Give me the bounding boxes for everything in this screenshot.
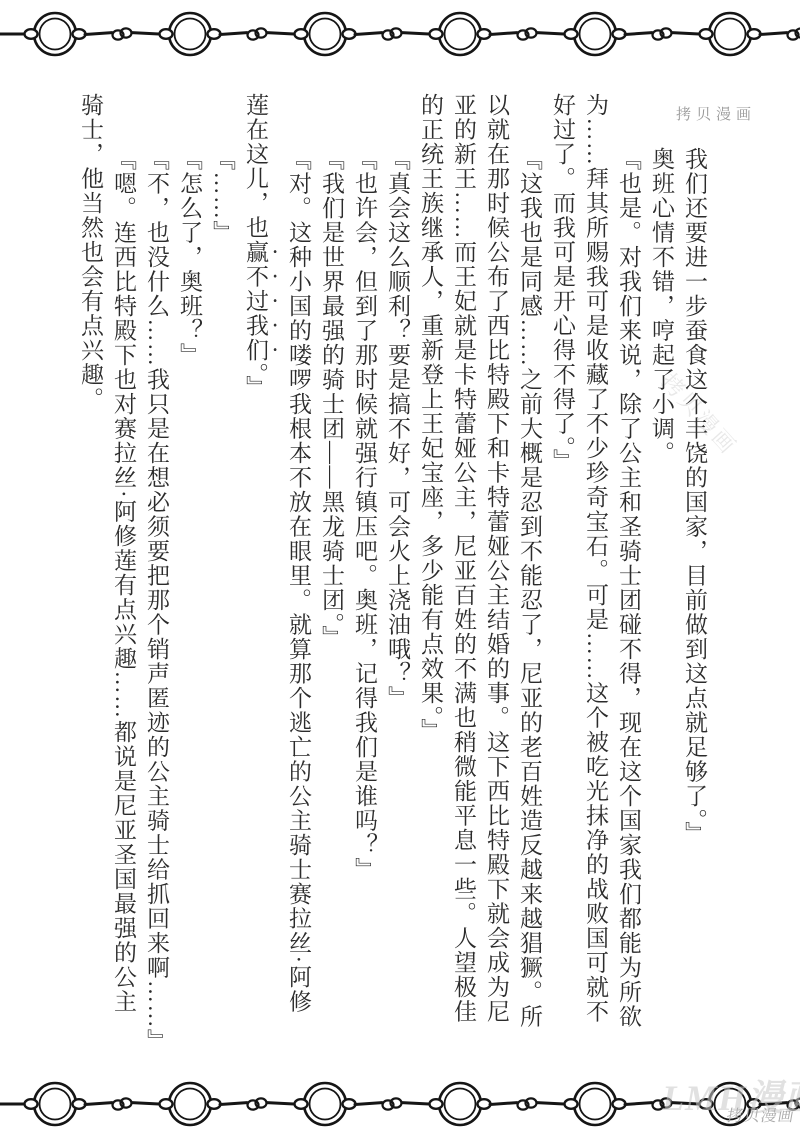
text-run: 『嗯。连西比特殿下也对赛拉丝·阿修莲有点兴趣……都说是尼亚圣国最强的公主 — [111, 147, 136, 1014]
text-run: 奥班心情不错，哼起了小调。 — [649, 147, 674, 466]
text-column: 以就在那时候公布了西比特殿下和卡特蕾娅公主结婚的事。这下西比特殿下就会成为尼 — [480, 93, 513, 1043]
text-run: 。』 — [243, 363, 268, 401]
text-column: 『我们是世界最强的骑士团——黑龙骑士团。』 — [315, 93, 348, 1043]
text-run: 『也许会，但到了那时候就强行镇压吧。奥班，记得我们是谁吗？』 — [352, 147, 377, 882]
text-run: 『真会这么顺利？要是搞不好，可会火上浇油哦？』 — [385, 147, 410, 711]
text-column: 『也是。对我们来说，除了公主和圣骑士团碰不得，现在这个国家我们都能为所欲 — [612, 93, 645, 1043]
text-run: 『对。这种小国的喽啰我根本不放在眼里。就算那个逃亡的公主骑士赛拉丝·阿修 — [286, 147, 311, 1014]
text-column: 『也许会，但到了那时候就强行镇压吧。奥班，记得我们是谁吗？』 — [348, 93, 381, 1043]
text-run: 『这我也是同感……之前大概是忍到不能忍了，尼亚的老百姓造反越来越猖獗。所 — [517, 147, 542, 1029]
text-run: 为……拜其所赐我可是收藏了不少珍奇宝石。可是……这个被吃光抹净的战败国可就不 — [583, 93, 608, 1024]
text-column: 莲在这儿，也赢不过我们。』 — [239, 93, 282, 1043]
text-run: 莲在这儿，也 — [243, 93, 268, 240]
text-column: 『这我也是同感……之前大概是忍到不能忍了，尼亚的老百姓造反越来越猖獗。所 — [513, 93, 546, 1043]
text-column: 好过了。而我可是开心得不得了。』 — [546, 93, 579, 1043]
text-run: 『不，也没什么……我只是在想必须要把那个销声匿迹的公主骑士给抓回来啊……』 — [144, 147, 169, 1054]
chain-border-bottom — [0, 1074, 800, 1134]
text-column: 『对。这种小国的喽啰我根本不放在眼里。就算那个逃亡的公主骑士赛拉丝·阿修 — [282, 93, 315, 1043]
text-run: 好过了。而我可是开心得不得了。』 — [550, 93, 575, 474]
text-column: 为……拜其所赐我可是收藏了不少珍奇宝石。可是……这个被吃光抹净的战败国可就不 — [579, 93, 612, 1043]
text-run: 『我们是世界最强的骑士团——黑龙骑士团。』 — [319, 147, 344, 650]
novel-page: 拷贝漫画 拷贝漫画 我们还要进一步蚕食这个丰饶的国家，目前做到这点就足够了。』奥… — [0, 0, 800, 1138]
text-run: 的正统王族继承人，重新登上王妃宝座，多少能有点效果。』 — [418, 93, 443, 743]
text-run: 『怎么了，奥班？』 — [177, 147, 202, 368]
text-run: 骑士，他当然也会有点兴趣。 — [78, 93, 103, 412]
text-column: 亚的新王……而王妃就是卡特蕾娅公主，尼亚百姓的不满也稍微能平息一些。人望极佳 — [447, 93, 480, 1043]
text-column: 『……』 — [206, 93, 239, 1043]
text-run: 以就在那时候公布了西比特殿下和卡特蕾娅公主结婚的事。这下西比特殿下就会成为尼 — [484, 93, 509, 1024]
text-column: 的正统王族继承人，重新登上王妃宝座，多少能有点效果。』 — [414, 93, 447, 1043]
emphasized-text: 赢不过我们 — [243, 240, 268, 363]
chain-border-top — [0, 4, 800, 64]
text-run: 我们还要进一步蚕食这个丰饶的国家，目前做到这点就足够了。』 — [682, 147, 707, 846]
text-column: 『不，也没什么……我只是在想必须要把那个销声匿迹的公主骑士给抓回来啊……』 — [140, 93, 173, 1043]
text-run: 亚的新王……而王妃就是卡特蕾娅公主，尼亚百姓的不满也稍微能平息一些。人望极佳 — [451, 93, 476, 1024]
text-run: 『也是。对我们来说，除了公主和圣骑士团碰不得，现在这个国家我们都能为所欲 — [616, 147, 641, 1029]
text-column: 奥班心情不错，哼起了小调。 — [645, 93, 678, 1043]
text-run: 『……』 — [210, 147, 235, 245]
text-column: 我们还要进一步蚕食这个丰饶的国家，目前做到这点就足够了。』 — [678, 93, 711, 1043]
text-column: 『怎么了，奥班？』 — [173, 93, 206, 1043]
text-column: 『真会这么顺利？要是搞不好，可会火上浇油哦？』 — [381, 93, 414, 1043]
text-column: 骑士，他当然也会有点兴趣。 — [74, 93, 107, 1043]
novel-text-block: 我们还要进一步蚕食这个丰饶的国家，目前做到这点就足够了。』奥班心情不错，哼起了小… — [74, 93, 711, 1043]
text-column: 『嗯。连西比特殿下也对赛拉丝·阿修莲有点兴趣……都说是尼亚圣国最强的公主 — [107, 93, 140, 1043]
